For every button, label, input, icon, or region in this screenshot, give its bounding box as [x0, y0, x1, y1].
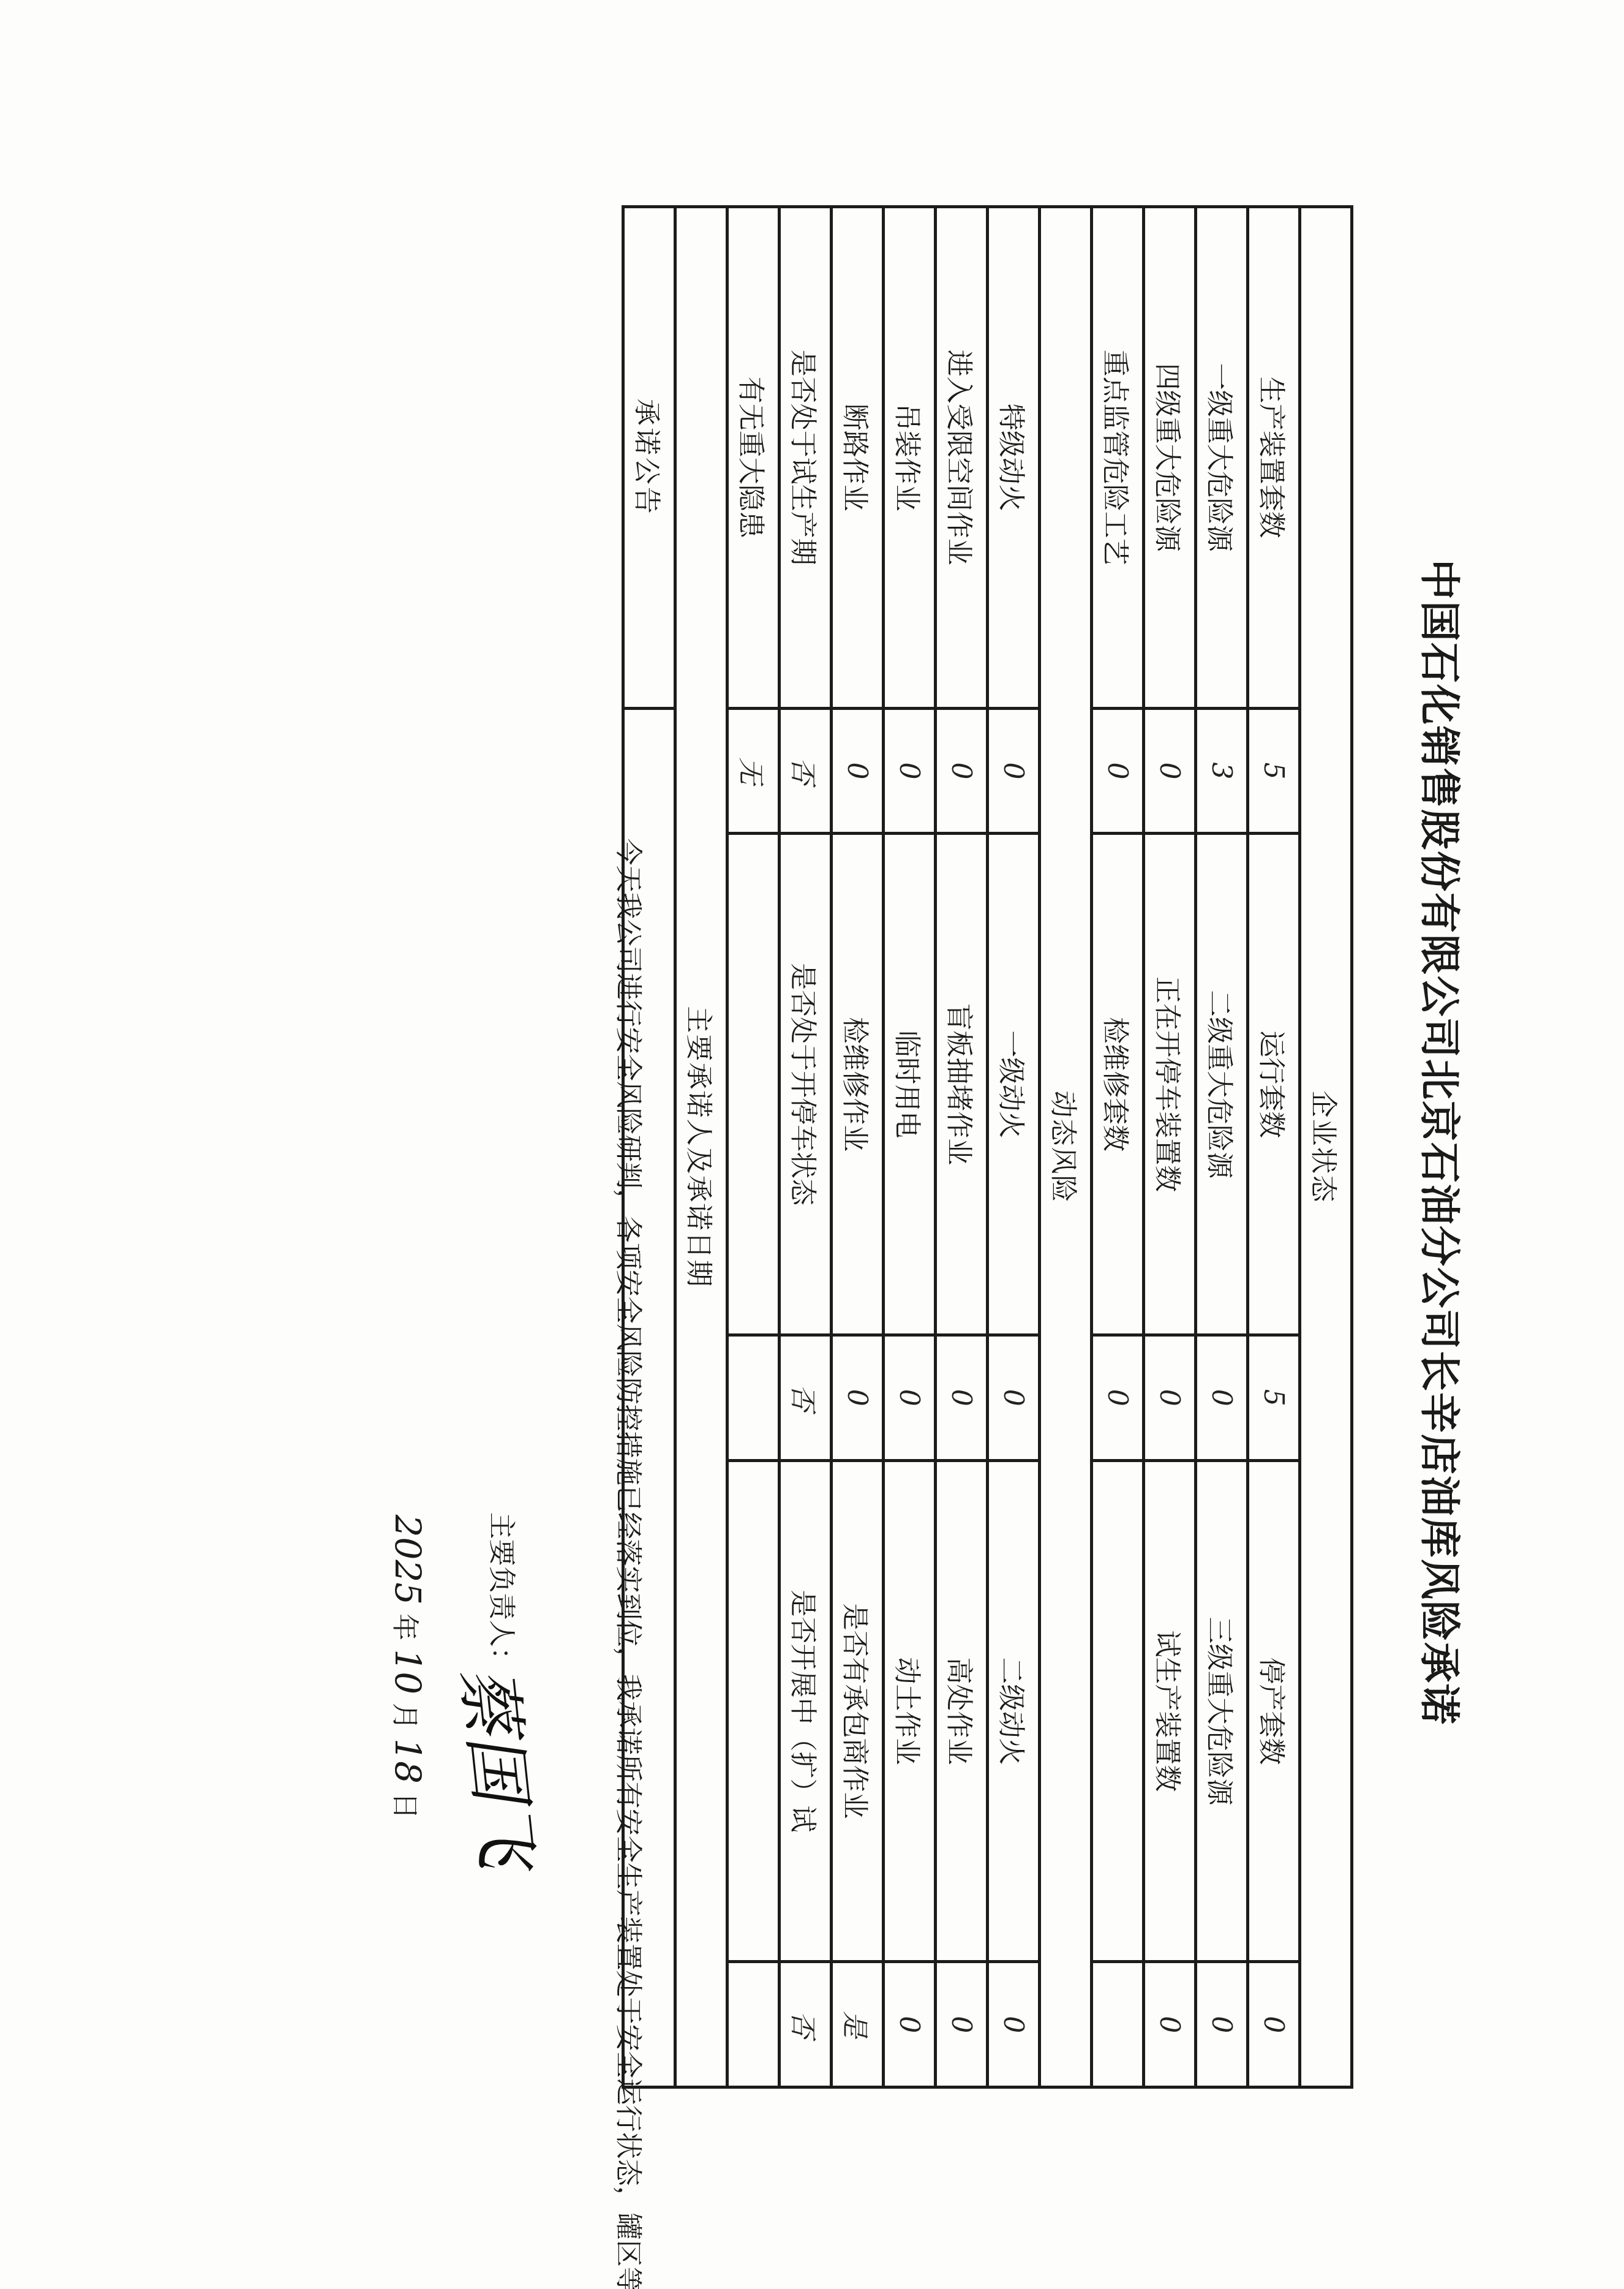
field-value: 否 [780, 1335, 832, 1460]
field-value: 0 [1248, 1962, 1300, 2087]
field-value: 0 [884, 708, 936, 834]
empty-cell [727, 834, 780, 1335]
enterprise-status-header: 企业状态 [1300, 207, 1352, 2087]
field-label: 试生产装置数 [1144, 1460, 1196, 1962]
field-value: 0 [936, 1335, 988, 1460]
date-month-suffix: 月 [389, 1703, 420, 1730]
field-value: 0 [1196, 1335, 1248, 1460]
field-label: 一级重大危险源 [1196, 207, 1248, 709]
table-row: 一级重大危险源 3 二级重大危险源 0 三级重大危险源 0 [1196, 207, 1248, 2087]
field-label: 高处作业 [936, 1460, 988, 1962]
field-value: 是 [832, 1962, 884, 2087]
table-row: 重点监管危险工艺 0 检维修套数 0 [1092, 207, 1144, 2087]
field-label: 停产套数 [1248, 1460, 1300, 1962]
field-label: 临时用电 [884, 834, 936, 1335]
empty-cell [1092, 1962, 1144, 2087]
field-value: 0 [1196, 1962, 1248, 2087]
date-year-suffix: 年 [389, 1613, 420, 1640]
section-header-row: 企业状态 [1300, 207, 1352, 2087]
table-row: 四级重大危险源 0 正在开停车装置数 0 试生产装置数 0 [1144, 207, 1196, 2087]
field-value: 否 [780, 1962, 832, 2087]
rotated-page: 中国石化销售股份有限公司北京石油分公司长辛店油库风险承诺 企业状态 生产装置套数… [217, 178, 1473, 2107]
field-value: 5 [1248, 708, 1300, 834]
field-label: 正在开停车装置数 [1144, 834, 1196, 1335]
commitment-header: 主要承诺人及承诺日期 [675, 207, 727, 2087]
empty-cell [727, 1335, 780, 1460]
field-label: 运行套数 [1248, 834, 1300, 1335]
responsible-person-label: 主要负责人： [484, 1512, 524, 1674]
field-label: 是否有承包商作业 [832, 1460, 884, 1962]
date-year: 2025 [387, 1506, 429, 1614]
empty-cell [1092, 1460, 1144, 1962]
field-label: 生产装置套数 [1248, 207, 1300, 709]
field-value: 0 [884, 1962, 936, 2087]
field-value: 3 [1196, 708, 1248, 834]
commitment-date: 2025年10月18日 [387, 1506, 429, 1819]
field-value: 0 [1092, 708, 1144, 834]
field-label: 二级重大危险源 [1196, 834, 1248, 1335]
field-value: 0 [1144, 708, 1196, 834]
field-value: 0 [936, 1962, 988, 2087]
field-value: 0 [988, 1962, 1040, 2087]
empty-cell [727, 1962, 780, 2087]
signature: 蔡国飞 [444, 1661, 562, 1872]
date-day: 18 [387, 1730, 429, 1792]
field-label: 进入受限空间作业 [936, 207, 988, 709]
table-row: 特级动火 0 一级动火 0 二级动火 0 [988, 207, 1040, 2087]
field-value: 0 [988, 708, 1040, 834]
field-label: 重点监管危险工艺 [1092, 207, 1144, 709]
section-header-row: 动态风险 [1040, 207, 1092, 2087]
field-value: 0 [1144, 1335, 1196, 1460]
field-label: 有无重大隐患 [727, 207, 780, 709]
section-header-row: 主要承诺人及承诺日期 [675, 207, 727, 2087]
field-label: 是否开展中（扩）试 [780, 1460, 832, 1962]
field-value: 0 [988, 1335, 1040, 1460]
field-value: 0 [1092, 1335, 1144, 1460]
field-value: 0 [1144, 1962, 1196, 2087]
field-value: 0 [884, 1335, 936, 1460]
field-value: 否 [780, 708, 832, 834]
field-label: 一级动火 [988, 834, 1040, 1335]
table-row: 断路作业 0 检维修作业 0 是否有承包商作业 是 [832, 207, 884, 2087]
field-value: 5 [1248, 1335, 1300, 1460]
field-label: 检维修作业 [832, 834, 884, 1335]
field-label: 动土作业 [884, 1460, 936, 1962]
table-row: 有无重大隐患 无 [727, 207, 780, 2087]
field-label: 检维修套数 [1092, 834, 1144, 1335]
commitment-text: 今天我公司进行安全风险研判，各项安全风险防控措施已经落实到位，我承诺所有安全生产… [606, 783, 649, 2241]
field-label: 吊装作业 [884, 207, 936, 709]
field-value: 0 [832, 708, 884, 834]
document-title: 中国石化销售股份有限公司北京石油分公司长辛店油库风险承诺 [1405, 178, 1473, 2107]
risk-commitment-table: 企业状态 生产装置套数 5 运行套数 5 停产套数 0 一级重大危险源 3 二级… [622, 205, 1353, 2089]
field-value: 0 [936, 708, 988, 834]
commitment-label: 承诺公告 [623, 207, 675, 709]
field-label: 特级动火 [988, 207, 1040, 709]
field-label: 二级动火 [988, 1460, 1040, 1962]
field-label: 三级重大危险源 [1196, 1460, 1248, 1962]
field-value: 无 [727, 708, 780, 834]
field-label: 断路作业 [832, 207, 884, 709]
empty-cell [727, 1460, 780, 1962]
field-value: 0 [832, 1335, 884, 1460]
commitment-body: 今天我公司进行安全风险研判，各项安全风险防控措施已经落实到位，我承诺所有安全生产… [623, 708, 675, 2087]
table-row: 生产装置套数 5 运行套数 5 停产套数 0 [1248, 207, 1300, 2087]
table-row: 是否处于试生产期 否 是否处于开停车状态 否 是否开展中（扩）试 否 [780, 207, 832, 2087]
dynamic-risk-header: 动态风险 [1040, 207, 1092, 2087]
commitment-row: 承诺公告 今天我公司进行安全风险研判，各项安全风险防控措施已经落实到位，我承诺所… [623, 207, 675, 2087]
table-row: 进入受限空间作业 0 盲板抽堵作业 0 高处作业 0 [936, 207, 988, 2087]
field-label: 盲板抽堵作业 [936, 834, 988, 1335]
field-label: 四级重大危险源 [1144, 207, 1196, 709]
field-label: 是否处于试生产期 [780, 207, 832, 709]
table-row: 吊装作业 0 临时用电 0 动土作业 0 [884, 207, 936, 2087]
field-label: 是否处于开停车状态 [780, 834, 832, 1335]
date-day-suffix: 日 [389, 1792, 420, 1819]
date-month: 10 [387, 1640, 429, 1703]
